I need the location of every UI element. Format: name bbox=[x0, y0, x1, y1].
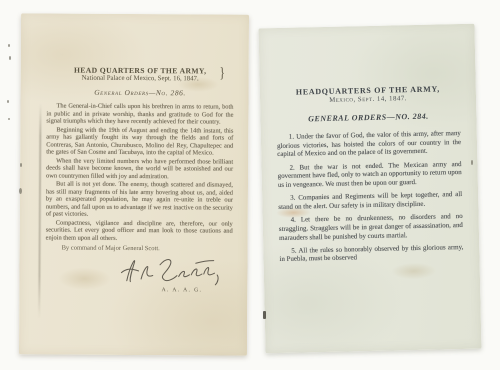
left-doc-body: The General-in-Chief calls upon his bret… bbox=[46, 102, 234, 242]
right-doc-item: 2. But the war is not ended. The Mexican… bbox=[277, 161, 462, 191]
right-doc-item: 1. Under the favor of God, the valor of … bbox=[277, 130, 462, 160]
edge-speck bbox=[471, 160, 473, 165]
edge-speck bbox=[7, 100, 9, 103]
left-doc-paragraph: When the very limited numbers who have p… bbox=[46, 157, 233, 181]
edge-speck bbox=[8, 118, 10, 120]
left-doc-paragraph: Beginning with the 19th of August and en… bbox=[46, 126, 233, 157]
right-doc-body: 1. Under the favor of God, the valor of … bbox=[277, 130, 464, 265]
right-document-text-block: HEADQUARTERS OF THE ARMY, Mexico, Sept. … bbox=[276, 84, 464, 270]
left-doc-header: HEAD QUARTERS OF THE ARMY, National Pala… bbox=[47, 65, 234, 83]
right-doc-item: 4. Let there be no drunkenness, no disor… bbox=[279, 213, 464, 243]
edge-speck bbox=[263, 311, 266, 319]
edge-speck bbox=[9, 56, 11, 60]
right-doc-item: 3. Companies and Regiments will be kept … bbox=[278, 191, 462, 212]
edge-speck bbox=[8, 44, 10, 47]
by-command-line: By command of Major General Scott. bbox=[46, 244, 233, 252]
left-document-text-block: HEAD QUARTERS OF THE ARMY, National Pala… bbox=[45, 65, 233, 293]
edge-speck bbox=[19, 188, 22, 194]
signature-rank-abbreviation: A. A. A. G. bbox=[45, 286, 232, 293]
left-document-page: HEAD QUARTERS OF THE ARMY, National Pala… bbox=[19, 13, 249, 355]
handwritten-signature-h-l-scott bbox=[116, 253, 228, 288]
left-doc-paragraph: Compactness, vigilance and discipline ar… bbox=[46, 219, 233, 243]
right-doc-order-title: GENERAL ORDERS—NO. 284. bbox=[276, 111, 460, 124]
right-doc-item: 5. All the rules so honorably observed b… bbox=[279, 244, 463, 265]
photo-of-documents: HEAD QUARTERS OF THE ARMY, National Pala… bbox=[0, 0, 500, 370]
left-doc-order-title: General Orders—No. 286. bbox=[47, 87, 234, 97]
right-document-page: HEADQUARTERS OF THE ARMY, Mexico, Sept. … bbox=[258, 24, 481, 354]
edge-speck bbox=[20, 163, 22, 167]
left-doc-paragraph: The General-in-Chief calls upon his bret… bbox=[46, 102, 233, 126]
left-doc-dateline: National Palace of Mexico, Sept. 16, 184… bbox=[47, 74, 234, 83]
left-doc-paragraph: But all is not yet done. The enemy, thou… bbox=[46, 180, 233, 219]
header-brace: } bbox=[219, 66, 225, 83]
binding-crease bbox=[38, 103, 41, 318]
